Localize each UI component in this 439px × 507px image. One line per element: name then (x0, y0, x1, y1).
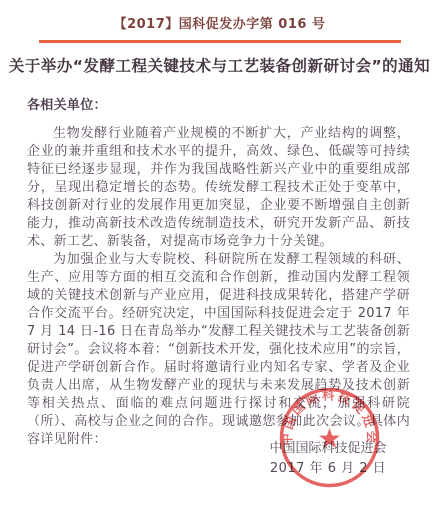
paragraph-1: 生物发酵行业随着产业规模的不断扩大，产业结构的调整，企业的兼并重组和技术水平的提… (27, 125, 410, 251)
doc-number: 【2017】国科促发办字第 016 号 (0, 13, 439, 32)
page-title: 关于举办“发酵工程关键技术与工艺装备创新研讨会”的通知 (0, 54, 439, 76)
divider-line (39, 40, 401, 43)
star-icon (319, 428, 340, 448)
document-page: 【2017】国科促发办字第 016 号 关于举办“发酵工程关键技术与工艺装备创新… (0, 0, 439, 507)
official-seal: 中国国际科技促进会 (277, 385, 382, 490)
salutation: 各相关单位： (27, 97, 410, 115)
